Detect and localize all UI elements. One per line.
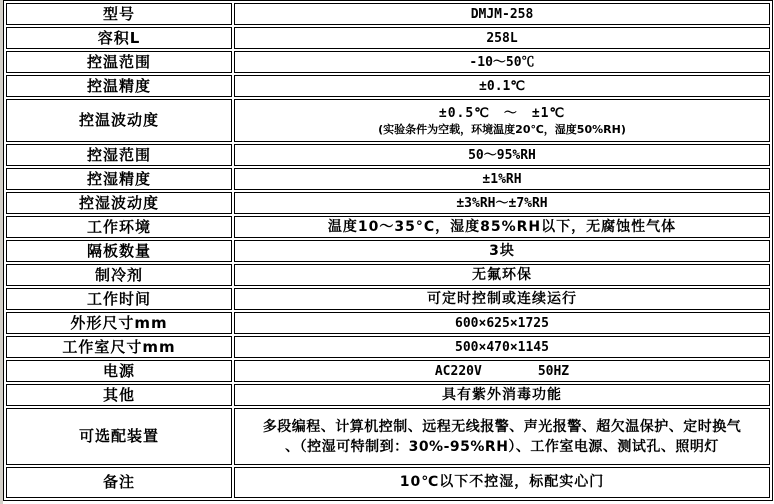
table-row-work-environment: 工作环境 温度10～35°C，湿度85%RH以下，无腐蚀性气体 — [6, 216, 770, 238]
table-row-outer-dimensions: 外形尺寸mm 600×625×1725 — [6, 312, 770, 334]
label-temp-accuracy: 控温精度 — [6, 75, 232, 97]
label-chamber-dimensions: 工作室尺寸mm — [6, 336, 232, 358]
table-row-other: 其他 具有紫外消毒功能 — [6, 384, 770, 406]
value-humidity-fluctuation: ±3%RH～±7%RH — [234, 192, 770, 214]
value-humidity-accuracy: ±1%RH — [234, 168, 770, 190]
table-row-optional-devices: 可选配装置 多段编程、计算机控制、远程无线报警、声光报警、超欠温保护、定时换气 … — [6, 408, 770, 465]
label-humidity-fluctuation: 控湿波动度 — [6, 192, 232, 214]
table-row-refrigerant: 制冷剂 无氟环保 — [6, 264, 770, 286]
label-model: 型号 — [6, 3, 232, 25]
temp-fluctuation-note: (实验条件为空载，环境温度20℃，湿度50%RH) — [239, 123, 765, 137]
table-row-chamber-dimensions: 工作室尺寸mm 500×470×1145 — [6, 336, 770, 358]
temp-fluctuation-min: ±0.5℃ — [439, 106, 490, 121]
label-volume: 容积L — [6, 27, 232, 49]
label-work-environment: 工作环境 — [6, 216, 232, 238]
label-humidity-accuracy: 控湿精度 — [6, 168, 232, 190]
value-volume: 258L — [234, 27, 770, 49]
optional-devices-line-1: 多段编程、计算机控制、远程无线报警、声光报警、超欠温保护、定时换气 — [239, 417, 765, 437]
label-remarks: 备注 — [6, 467, 232, 498]
table-row-humidity-range: 控湿范围 50～95%RH — [6, 144, 770, 166]
temp-fluctuation-main: ±0.5℃～±1℃ — [239, 105, 765, 123]
label-temp-range: 控温范围 — [6, 51, 232, 73]
value-work-environment: 温度10～35°C，湿度85%RH以下，无腐蚀性气体 — [234, 216, 770, 238]
table-row-remarks: 备注 10℃以下不控湿，标配实心门 — [6, 467, 770, 498]
value-optional-devices: 多段编程、计算机控制、远程无线报警、声光报警、超欠温保护、定时换气 、（控湿可特… — [234, 408, 770, 465]
table-row-volume: 容积L 258L — [6, 27, 770, 49]
value-remarks: 10℃以下不控湿，标配实心门 — [234, 467, 770, 498]
table-row-model: 型号 DMJM-258 — [6, 3, 770, 25]
table-row-humidity-accuracy: 控湿精度 ±1%RH — [6, 168, 770, 190]
table-row-temp-range: 控温范围 -10～50℃ — [6, 51, 770, 73]
value-chamber-dimensions: 500×470×1145 — [234, 336, 770, 358]
value-outer-dimensions: 600×625×1725 — [234, 312, 770, 334]
power-voltage: AC220V — [435, 364, 482, 379]
table-row-temp-accuracy: 控温精度 ±0.1℃ — [6, 75, 770, 97]
value-power: AC220V50HZ — [234, 360, 770, 382]
label-refrigerant: 制冷剂 — [6, 264, 232, 286]
temp-fluctuation-max: ±1℃ — [532, 106, 565, 121]
label-humidity-range: 控湿范围 — [6, 144, 232, 166]
value-model: DMJM-258 — [234, 3, 770, 25]
value-humidity-range: 50～95%RH — [234, 144, 770, 166]
table-row-humidity-fluctuation: 控湿波动度 ±3%RH～±7%RH — [6, 192, 770, 214]
label-power: 电源 — [6, 360, 232, 382]
table-row-work-time: 工作时间 可定时控制或连续运行 — [6, 288, 770, 310]
value-other: 具有紫外消毒功能 — [234, 384, 770, 406]
power-frequency: 50HZ — [538, 364, 569, 379]
label-other: 其他 — [6, 384, 232, 406]
spec-table: 型号 DMJM-258 容积L 258L 控温范围 -10～50℃ 控温精度 ±… — [3, 0, 773, 501]
table-row-temp-fluctuation: 控温波动度 ±0.5℃～±1℃ (实验条件为空载，环境温度20℃，湿度50%RH… — [6, 99, 770, 142]
label-shelf-count: 隔板数量 — [6, 240, 232, 262]
label-temp-fluctuation: 控温波动度 — [6, 99, 232, 142]
value-temp-fluctuation: ±0.5℃～±1℃ (实验条件为空载，环境温度20℃，湿度50%RH) — [234, 99, 770, 142]
optional-devices-line-2: 、（控湿可特制到：30%-95%RH）、工作室电源、测试孔、照明灯 — [239, 437, 765, 457]
value-refrigerant: 无氟环保 — [234, 264, 770, 286]
value-shelf-count: 3块 — [234, 240, 770, 262]
value-temp-accuracy: ±0.1℃ — [234, 75, 770, 97]
temp-fluctuation-sep: ～ — [504, 106, 518, 121]
table-row-power: 电源 AC220V50HZ — [6, 360, 770, 382]
label-work-time: 工作时间 — [6, 288, 232, 310]
value-work-time: 可定时控制或连续运行 — [234, 288, 770, 310]
label-outer-dimensions: 外形尺寸mm — [6, 312, 232, 334]
table-row-shelf-count: 隔板数量 3块 — [6, 240, 770, 262]
value-temp-range: -10～50℃ — [234, 51, 770, 73]
label-optional-devices: 可选配装置 — [6, 408, 232, 465]
